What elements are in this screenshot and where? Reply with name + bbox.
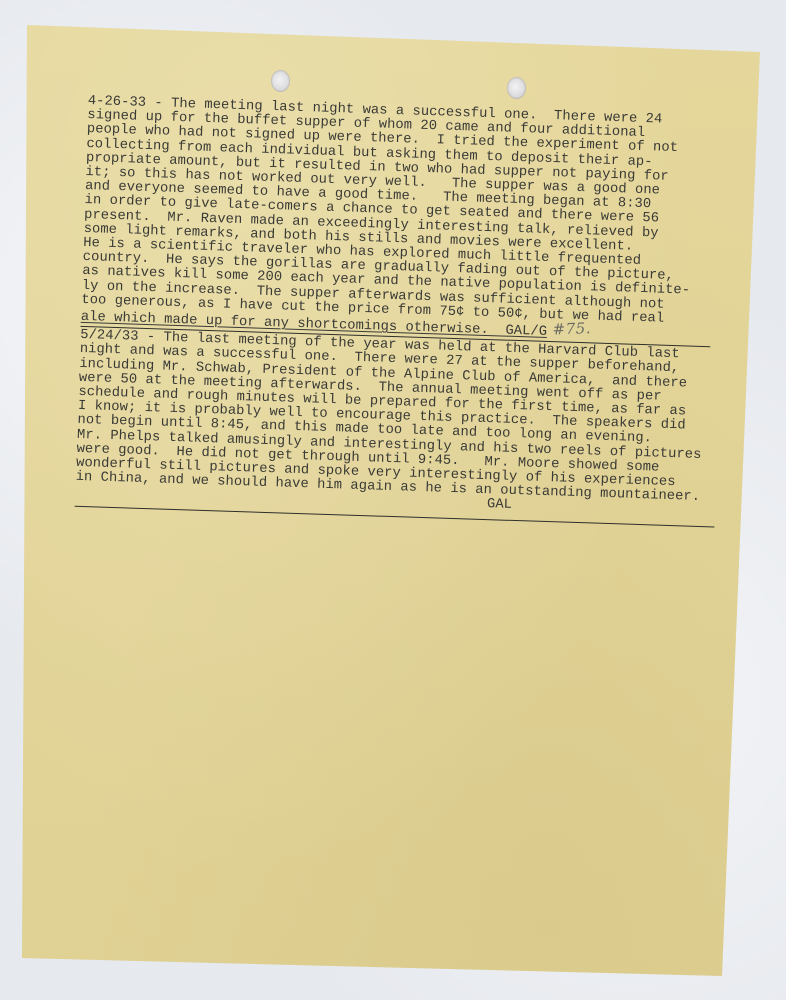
punch-hole-left xyxy=(271,70,290,92)
entry-1933-05-24: 5/24/33 - The last meeting of the year w… xyxy=(75,329,720,527)
meeting-minutes: 4-26-33 - The meeting last night was a s… xyxy=(75,95,728,529)
entry-1933-04-26: 4-26-33 - The meeting last night was a s… xyxy=(81,95,728,348)
punch-hole-right xyxy=(507,77,526,99)
handwritten-annotation: #75. xyxy=(553,321,592,337)
